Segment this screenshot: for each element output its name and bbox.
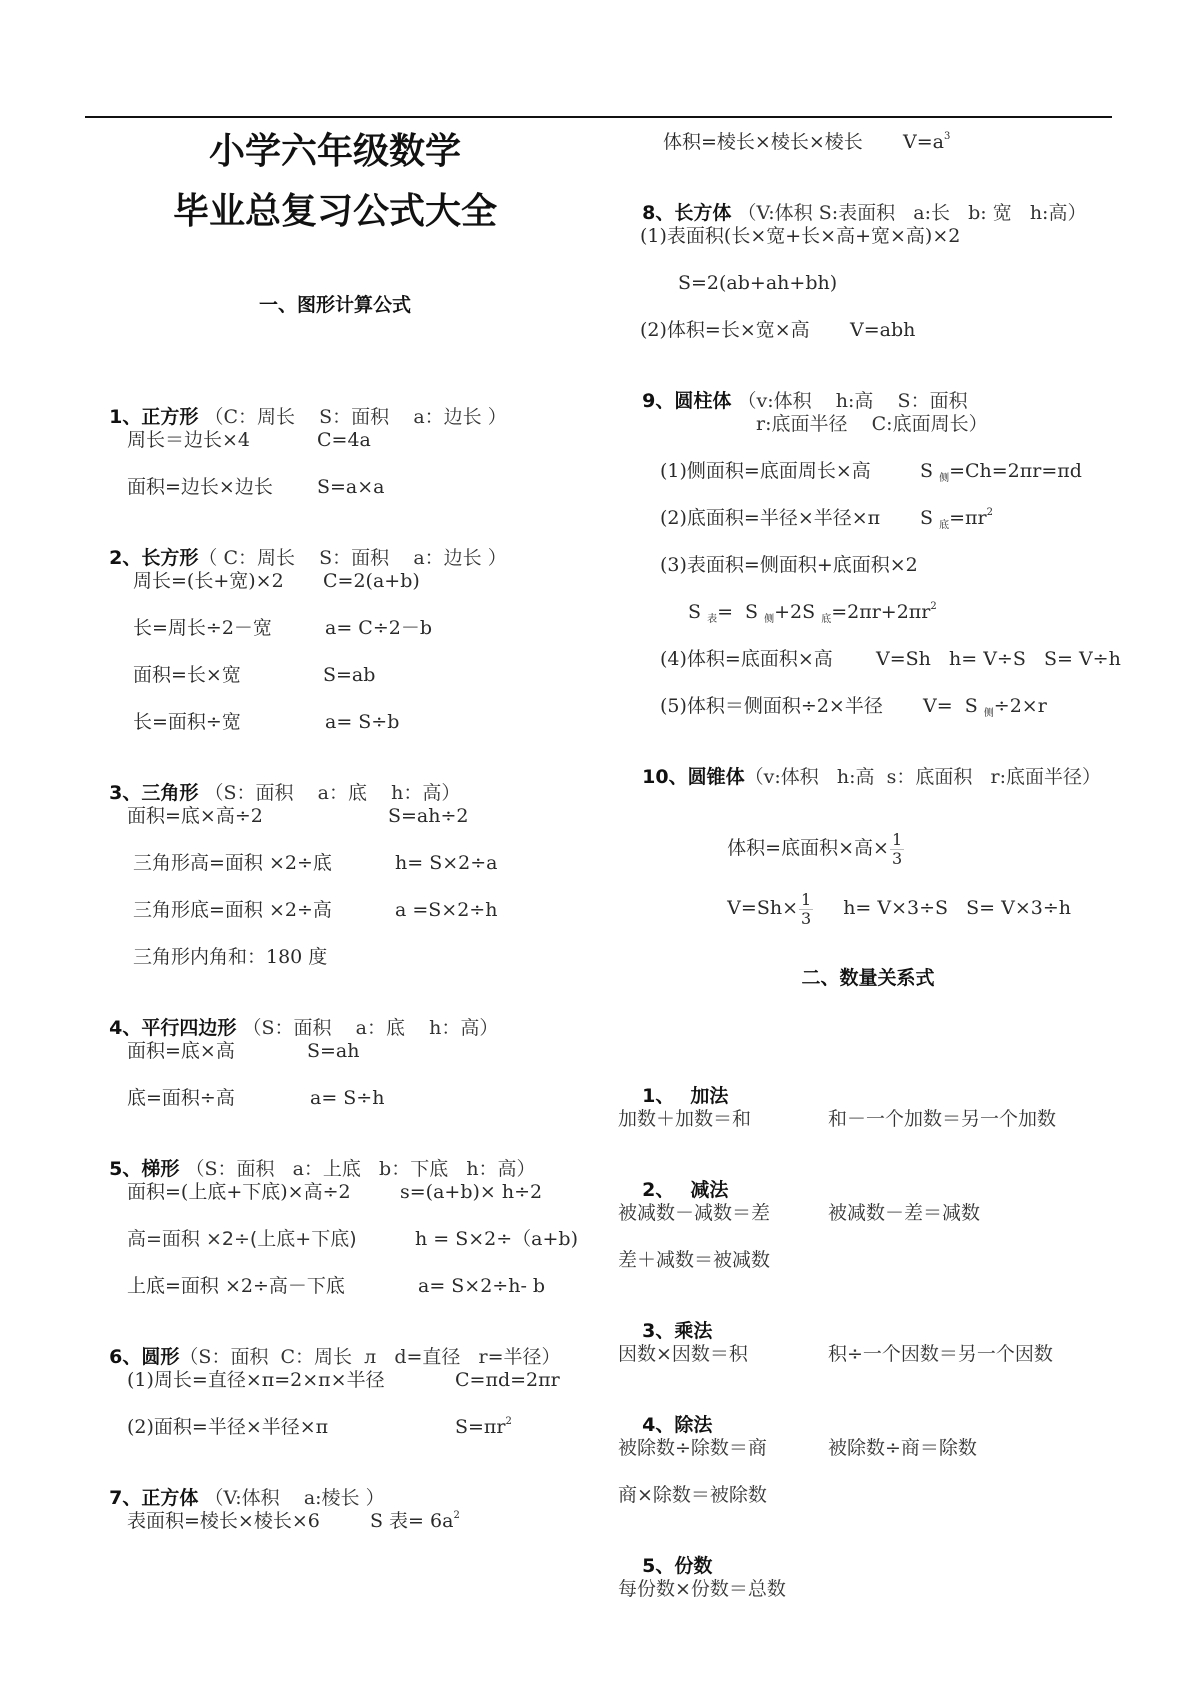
relation: 被除数÷商＝除数 <box>828 1436 977 1460</box>
formula-symbolic: S=2(ab+ah+bh) <box>678 271 837 295</box>
formula: 三角形底=面积 ×2÷高 <box>133 898 332 922</box>
formula: (1)表面积(长×宽+长×高+宽×高)×2 <box>640 224 960 248</box>
relation: 差＋减数＝被减数 <box>618 1248 770 1272</box>
formula: (2)面积=半径×半径×π <box>127 1415 328 1439</box>
relation: 每份数×份数＝总数 <box>618 1577 786 1601</box>
formula-symbolic: V= S 侧÷2×r <box>923 694 1047 718</box>
formula-symbolic: s=(a+b)× h÷2 <box>400 1180 542 1204</box>
formula-symbolic: S=ah <box>307 1039 360 1063</box>
relation: 被减数－差＝减数 <box>828 1201 980 1225</box>
fraction-one-third: 13 <box>799 891 813 928</box>
formula-symbolic: S=ah÷2 <box>388 804 469 828</box>
formula: (2)底面积=半径×半径×π <box>660 506 880 530</box>
formula: 面积=(上底+下底)×高÷2 <box>127 1180 351 1204</box>
formula: (1)周长=直径×π=2×π×半径 <box>127 1368 385 1392</box>
doc-title-line1: 小学六年级数学 <box>85 130 585 174</box>
doc-title-line2: 毕业总复习公式大全 <box>85 190 585 234</box>
formula: 周长=(长+宽)×2 <box>133 569 284 593</box>
formula-symbolic: a= S÷h <box>310 1086 384 1110</box>
formula-symbolic: S 底=πr2 <box>920 506 993 530</box>
formula-symbolic: C=πd=2πr <box>455 1368 560 1392</box>
formula: 体积=棱长×棱长×棱长 <box>663 130 863 154</box>
formula-symbolic: V=Sh×13h= V×3÷S S= V×3÷h <box>703 842 1071 974</box>
formula-symbolic: a= C÷2－b <box>325 616 432 640</box>
formula: 上底=面积 ×2÷高－下底 <box>127 1274 345 1298</box>
formula: 高=面积 ×2÷(上底+下底) <box>127 1227 357 1251</box>
heading-cylinder-vars-cont: r:底面半径 C:底面周长） <box>756 412 988 436</box>
formula: 底=面积÷高 <box>127 1086 235 1110</box>
relation: 商×除数＝被除数 <box>618 1483 767 1507</box>
formula-symbolic: S=ab <box>323 663 375 687</box>
formula-symbolic: V=Sh h= V÷S S= V÷h <box>876 647 1121 671</box>
formula: 长=周长÷2－宽 <box>133 616 272 640</box>
formula-symbolic: a= S÷b <box>325 710 399 734</box>
formula-symbolic: C=4a <box>317 428 371 452</box>
formula: (4)体积=底面积×高 <box>660 647 833 671</box>
formula-symbolic: S 表= 6a2 <box>370 1509 460 1533</box>
formula: 三角形内角和：180 度 <box>133 945 327 969</box>
formula-symbolic: S=πr2 <box>455 1415 512 1439</box>
formula: 长=面积÷宽 <box>133 710 241 734</box>
formula: (2)体积=长×宽×高 <box>640 318 810 342</box>
relation: 和－一个加数＝另一个加数 <box>828 1107 1056 1131</box>
formula-symbolic: h= S×2÷a <box>395 851 497 875</box>
header-rule <box>85 116 1112 118</box>
formula-symbolic: S 表= S 侧+2S 底=2πr+2πr2 <box>688 600 937 624</box>
formula: 面积=底×高÷2 <box>127 804 263 828</box>
relation: 被减数－减数＝差 <box>618 1201 770 1225</box>
formula-symbolic: h = S×2÷（a+b) <box>415 1227 578 1251</box>
formula: (5)体积＝侧面积÷2×半径 <box>660 694 883 718</box>
formula-symbolic: a= S×2÷h- b <box>418 1274 545 1298</box>
formula-symbolic: C=2(a+b) <box>323 569 420 593</box>
formula: 三角形高=面积 ×2÷底 <box>133 851 332 875</box>
relation: 被除数÷除数＝商 <box>618 1436 767 1460</box>
formula-symbolic: V=a3 <box>903 130 950 154</box>
formula: (1)侧面积=底面周长×高 <box>660 459 871 483</box>
part2-title: 二、数量关系式 <box>618 966 1118 990</box>
formula-symbolic: V=abh <box>850 318 915 342</box>
formula-symbolic: S 侧=Ch=2πr=πd <box>920 459 1082 483</box>
formula: 表面积=棱长×棱长×6 <box>127 1509 320 1533</box>
formula: 面积=底×高 <box>127 1039 235 1063</box>
part1-title: 一、图形计算公式 <box>85 293 585 317</box>
formula: 面积=边长×边长 <box>127 475 273 499</box>
formula-symbolic: S=a×a <box>317 475 385 499</box>
relation: 积÷一个因数＝另一个因数 <box>828 1342 1053 1366</box>
formula-symbolic: a =S×2÷h <box>395 898 497 922</box>
formula: 周长＝边长×4 <box>127 428 250 452</box>
formula: 面积=长×宽 <box>133 663 241 687</box>
formula: (3)表面积=侧面积+底面积×2 <box>660 553 918 577</box>
relation: 加数＋加数＝和 <box>618 1107 751 1131</box>
relation: 因数×因数＝积 <box>618 1342 748 1366</box>
